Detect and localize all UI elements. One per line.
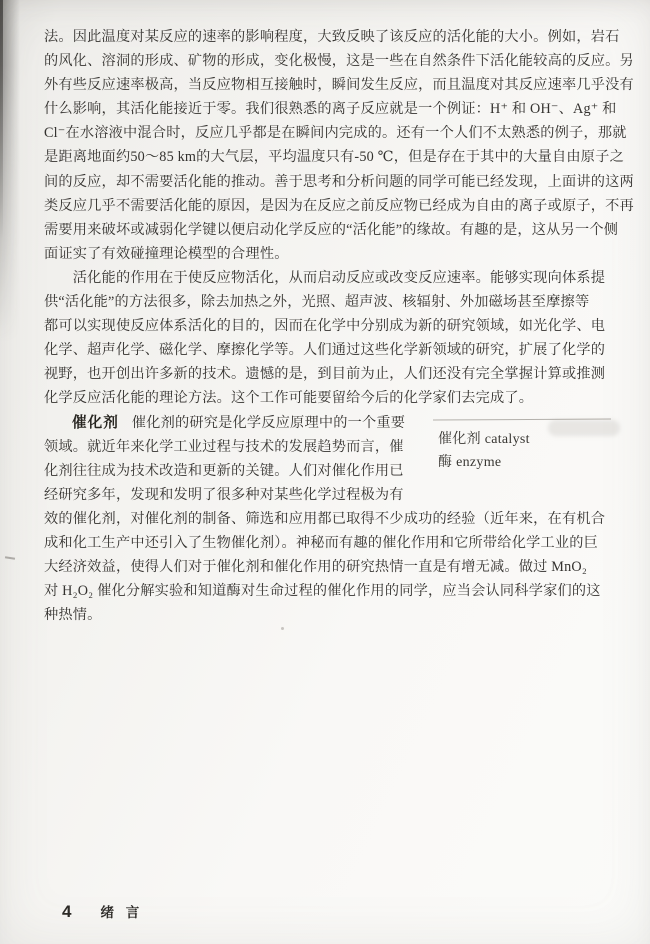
- page-edge-shadow: [0, 0, 3, 240]
- text-line: 类反应几乎不需要活化能的原因，是因为在反应之前反应物已经成为自由的离子或原子，不…: [44, 194, 630, 218]
- text-line: 供“活化能”的方法很多，除去加热之外，光照、超声波、核辐射、外加磁场甚至摩擦等: [44, 290, 630, 314]
- catalyst-heading: 催化剂: [72, 415, 119, 431]
- body-text: 法。因此温度对某反应的速率的影响程度，大致反映了该反应的活化能的大小。例如，岩石…: [44, 25, 630, 627]
- text-line: 领域。就近年来化学工业过程与技术的发展趋势而言，催: [44, 435, 630, 459]
- text-line: 是距离地面约50～85 km的大气层，平均温度只有-50 ℃，但是存在于其中的大…: [44, 145, 630, 169]
- scanned-textbook-page: 法。因此温度对某反应的速率的影响程度，大致反映了该反应的活化能的大小。例如，岩石…: [0, 0, 650, 944]
- page-number: 4: [62, 902, 71, 922]
- text-line: 外有些反应速率极高，当反应物相互接触时，瞬间发生反应，而且温度对其反应速率几乎没…: [44, 73, 630, 97]
- text-line: Cl⁻在水溶液中混合时，反应几乎都是在瞬间内完成的。还有一个人们不太熟悉的例子，…: [44, 121, 630, 145]
- scan-speck-dash: [5, 556, 15, 560]
- text-line: 化剂往往成为技术改造和更新的关键。人们对催化作用已: [44, 459, 630, 483]
- text-line: 间的反应，却不需要活化能的推动。善于思考和分析问题的同学可能已经发现，上面讲的这…: [44, 170, 630, 194]
- text-line: 种热情。: [44, 603, 630, 627]
- scan-smudge: [548, 420, 620, 436]
- text-line: 视野，也开创出许多新的技术。遗憾的是，到目前为止，人们还没有完全掌握计算或推测: [44, 362, 630, 386]
- catalyst-heading-line: 催化剂催化剂的研究是化学反应原理中的一个重要: [44, 411, 630, 435]
- text-line: 都可以实现使反应体系活化的目的，因而在化学中分别成为新的研究领域，如光化学、电: [44, 314, 630, 338]
- text-line: 法。因此温度对某反应的速率的影响程度，大致反映了该反应的活化能的大小。例如，岩石: [44, 25, 630, 49]
- text-line: 化学反应活化能的理论方法。这个工作可能要留给今后的化学家们去完成了。: [44, 386, 630, 410]
- text-line: 对 H₂O₂ 催化分解实验和知道酶对生命过程的催化作用的同学，应当会认同科学家们…: [44, 579, 630, 603]
- text-line: 面证实了有效碰撞理论模型的合理性。: [44, 242, 630, 266]
- catalyst-narrow-lines: 领域。就近年来化学工业过程与技术的发展趋势而言，催化剂往往成为技术改造和更新的关…: [44, 435, 630, 507]
- text-line: 催化剂 catalyst: [438, 429, 530, 452]
- paragraph-activation-energy-temperature: 法。因此温度对某反应的速率的影响程度，大致反映了该反应的活化能的大小。例如，岩石…: [44, 25, 630, 266]
- text-line: 的风化、溶洞的形成、矿物的形成，变化极慢，这是一些在自然条件下活化能较高的反应。…: [44, 49, 630, 73]
- page-footer: 4 绪 言: [62, 901, 143, 922]
- catalyst-full-lines: 效的催化剂，对催化剂的制备、筛选和应用都已取得不少成功的经验（近年来，在有机合成…: [44, 507, 630, 627]
- text-line: 效的催化剂，对催化剂的制备、筛选和应用都已取得不少成功的经验（近年来，在有机合: [44, 507, 630, 531]
- footer-section-title: 绪 言: [100, 901, 143, 921]
- text-line: 经研究多年，发现和发明了很多种对某些化学过程极为有: [44, 483, 630, 507]
- text-line: 需要用来破坏或减弱化学键以便启动化学反应的“活化能”的缘故。有趣的是，这从另一个…: [44, 218, 630, 242]
- text-line: 化学、超声化学、磁化学、摩擦化学等。人们通过这些化学新领域的研究，扩展了化学的: [44, 338, 630, 362]
- text-line: 什么影响，其活化能接近于零。我们很熟悉的离子反应就是一个例证：H⁺ 和 OH⁻、…: [44, 97, 630, 121]
- spine-shadow: [0, 0, 20, 360]
- paragraph-catalyst: 催化剂催化剂的研究是化学反应原理中的一个重要 领域。就近年来化学工业过程与技术的…: [44, 411, 630, 628]
- text-line: 活化能的作用在于使反应物活化，从而启动反应或改变反应速率。能够实现向体系提: [44, 266, 630, 290]
- text-line: 大经济效益，使得人们对于催化剂和催化作用的研究热情一直是有增无减。做过 MnO₂: [44, 555, 630, 579]
- margin-note-vocabulary: 催化剂 catalyst酶 enzyme: [438, 429, 530, 474]
- paragraph-activation-methods: 活化能的作用在于使反应物活化，从而启动反应或改变反应速率。能够实现向体系提供“活…: [44, 266, 630, 411]
- scan-speck-dot: [281, 627, 284, 630]
- text-line: 酶 enzyme: [438, 452, 530, 475]
- catalyst-heading-line-text: 催化剂的研究是化学反应原理中的一个重要: [132, 415, 405, 431]
- text-line: 成和化工生产中还引入了生物催化剂）。神秘而有趣的催化作用和它所带给化学工业的巨: [44, 531, 630, 555]
